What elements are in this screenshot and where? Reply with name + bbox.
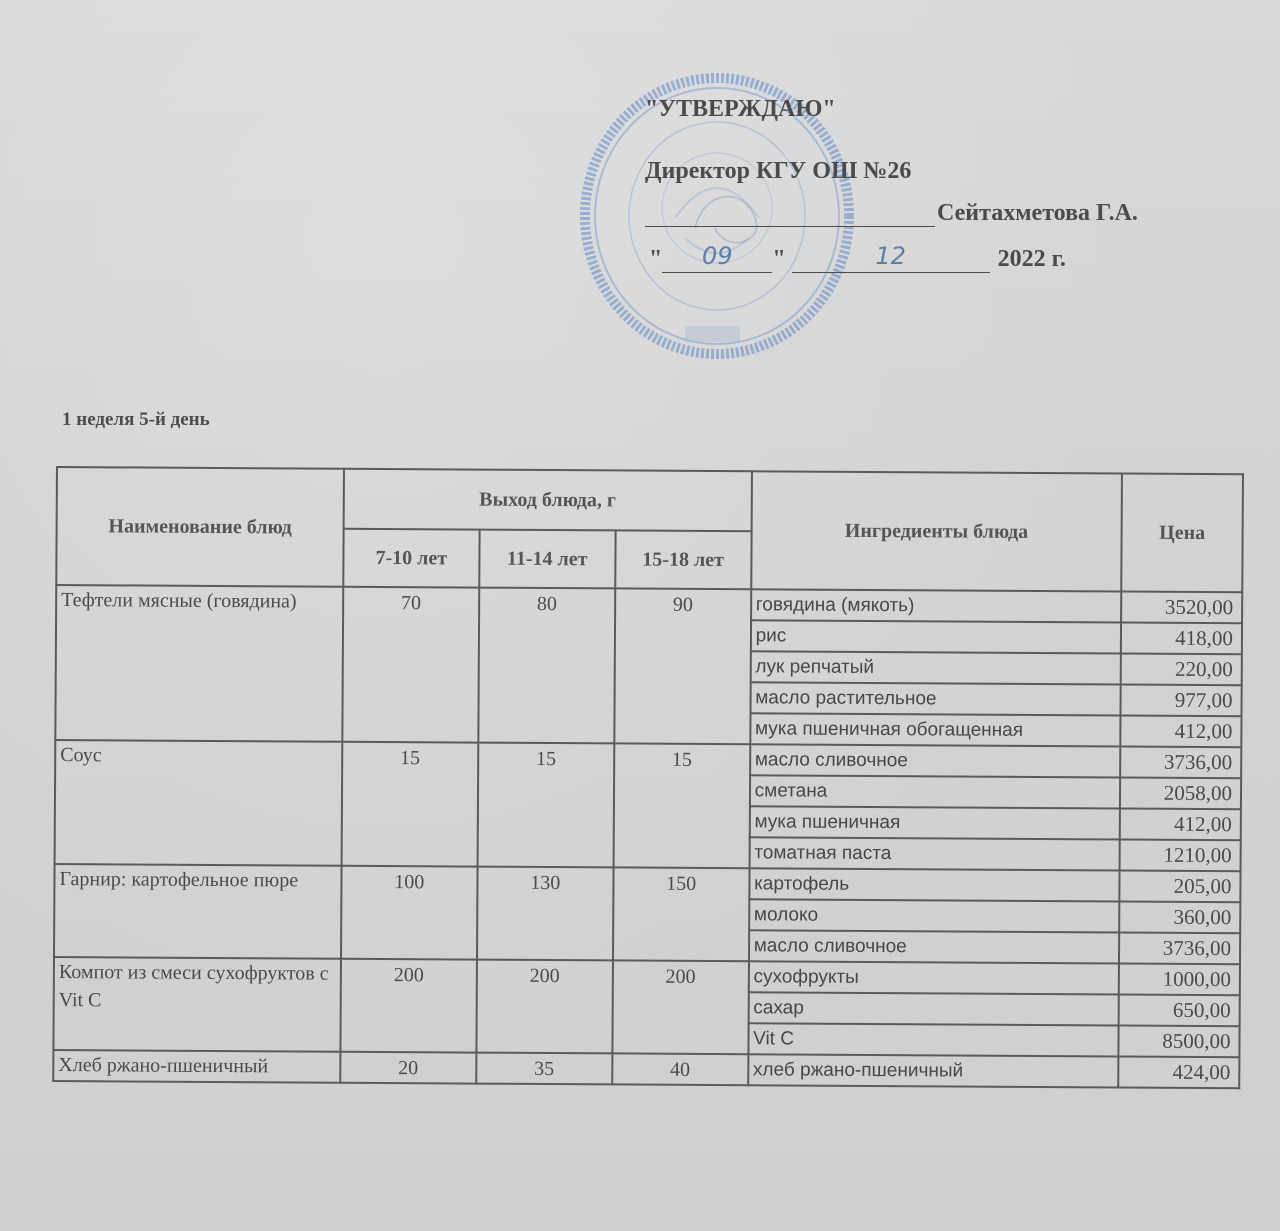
ingredient-price: 3736,00 xyxy=(1119,933,1240,965)
dish-name: Соус xyxy=(55,740,343,866)
ingredient-name: молоко xyxy=(749,899,1120,932)
dish-output: 150 xyxy=(613,867,749,961)
ingredient-price: 220,00 xyxy=(1121,654,1242,686)
date-month-blank: 12 xyxy=(792,246,990,273)
dish-output: 15 xyxy=(613,743,750,868)
date-day: 09 xyxy=(702,242,733,270)
ingredient-price: 8500,00 xyxy=(1119,1026,1240,1058)
dish-output: 35 xyxy=(476,1053,612,1085)
header-dish-name: Наименование блюд xyxy=(56,467,344,587)
dish-output: 90 xyxy=(614,588,751,744)
dish-output: 15 xyxy=(477,743,614,868)
ingredient-price: 424,00 xyxy=(1118,1057,1239,1089)
ingredient-price: 412,00 xyxy=(1120,716,1241,748)
date-close-quote: " xyxy=(772,246,785,272)
header-ingredients: Ингредиенты блюда xyxy=(751,471,1122,591)
dish-name: Гарнир: картофельное пюре xyxy=(54,864,341,959)
signer-name: Сейтахметова Г.А. xyxy=(937,200,1138,226)
header-price: Цена xyxy=(1121,474,1243,593)
ingredient-price: 3520,00 xyxy=(1121,592,1242,624)
table-row: Компот из смеси сухофруктов с Vit C20020… xyxy=(54,957,1240,995)
signature-row: Сейтахметова Г.А. xyxy=(645,200,1138,227)
dish-output: 200 xyxy=(340,959,476,1053)
ingredient-price: 2058,00 xyxy=(1120,778,1241,810)
dish-output: 70 xyxy=(342,587,479,743)
ingredient-price: 1210,00 xyxy=(1120,840,1241,872)
table-row: Гарнир: картофельное пюре100130150картоф… xyxy=(54,864,1240,902)
dish-output: 20 xyxy=(340,1052,476,1084)
dish-output: 130 xyxy=(477,867,613,961)
dish-name: Компот из смеси сухофруктов с Vit C xyxy=(53,957,340,1052)
header-age-7-10: 7-10 лет xyxy=(343,529,479,588)
ingredient-name: Vit C xyxy=(748,1023,1119,1056)
ingredient-name: томатная паста xyxy=(749,837,1120,870)
menu-table: Наименование блюд Выход блюда, г Ингреди… xyxy=(52,466,1244,1089)
ingredient-name: картофель xyxy=(749,868,1120,901)
date-month: 12 xyxy=(875,242,906,270)
ingredient-price: 412,00 xyxy=(1120,809,1241,841)
date-day-blank: 09 xyxy=(662,246,772,273)
ingredient-name: мука пшеничная обогащенная xyxy=(750,713,1121,746)
ingredient-name: говядина (мякоть) xyxy=(751,589,1122,622)
ingredient-name: масло сливочное xyxy=(749,930,1120,963)
ingredient-name: масло растительное xyxy=(750,682,1121,715)
header-age-15-18: 15-18 лет xyxy=(615,530,751,589)
ingredient-name: сухофрукты xyxy=(748,961,1119,994)
ingredient-price: 418,00 xyxy=(1121,623,1242,655)
ingredient-price: 205,00 xyxy=(1119,871,1240,903)
ingredient-price: 360,00 xyxy=(1119,902,1240,934)
menu-table-body: Тефтели мясные (говядина)708090говядина … xyxy=(53,585,1242,1088)
ingredient-name: сахар xyxy=(748,992,1119,1025)
dish-output: 100 xyxy=(341,866,477,960)
dish-output: 15 xyxy=(341,742,478,867)
ingredient-name: лук репчатый xyxy=(750,651,1121,684)
ingredient-price: 977,00 xyxy=(1121,685,1242,717)
ingredient-name: хлеб ржано-пшеничный xyxy=(748,1054,1119,1087)
date-open-quote: " xyxy=(649,246,662,272)
ingredient-name: масло сливочное xyxy=(750,744,1121,777)
ingredient-name: сметана xyxy=(750,775,1121,808)
approval-date: "09"122022 г. xyxy=(649,246,1066,273)
signature-line xyxy=(645,200,935,227)
ingredient-price: 3736,00 xyxy=(1120,747,1241,779)
header-output: Выход блюда, г xyxy=(344,469,752,531)
table-row: Хлеб ржано-пшеничный203540хлеб ржано-пше… xyxy=(53,1050,1239,1088)
menu-day-title: 1 неделя 5-й день xyxy=(62,409,210,431)
ingredient-name: мука пшеничная xyxy=(749,806,1120,839)
director-position: Директор КГУ ОШ №26 xyxy=(645,158,911,185)
table-row: Соус151515масло сливочное3736,00 xyxy=(55,740,1241,778)
ingredient-name: рис xyxy=(751,620,1122,653)
table-row: Тефтели мясные (говядина)708090говядина … xyxy=(56,585,1242,623)
dish-output: 80 xyxy=(478,588,615,744)
dish-name: Тефтели мясные (говядина) xyxy=(55,585,343,742)
dish-output: 200 xyxy=(612,960,748,1054)
date-year: 2022 г. xyxy=(998,246,1066,272)
dish-name: Хлеб ржано-пшеничный xyxy=(53,1050,340,1083)
ingredient-price: 1000,00 xyxy=(1119,964,1240,996)
ingredient-price: 650,00 xyxy=(1119,995,1240,1027)
approval-heading: "УТВЕРЖДАЮ" xyxy=(645,96,836,123)
header-age-11-14: 11-14 лет xyxy=(479,530,615,589)
dish-output: 200 xyxy=(476,960,612,1054)
dish-output: 40 xyxy=(612,1053,748,1085)
